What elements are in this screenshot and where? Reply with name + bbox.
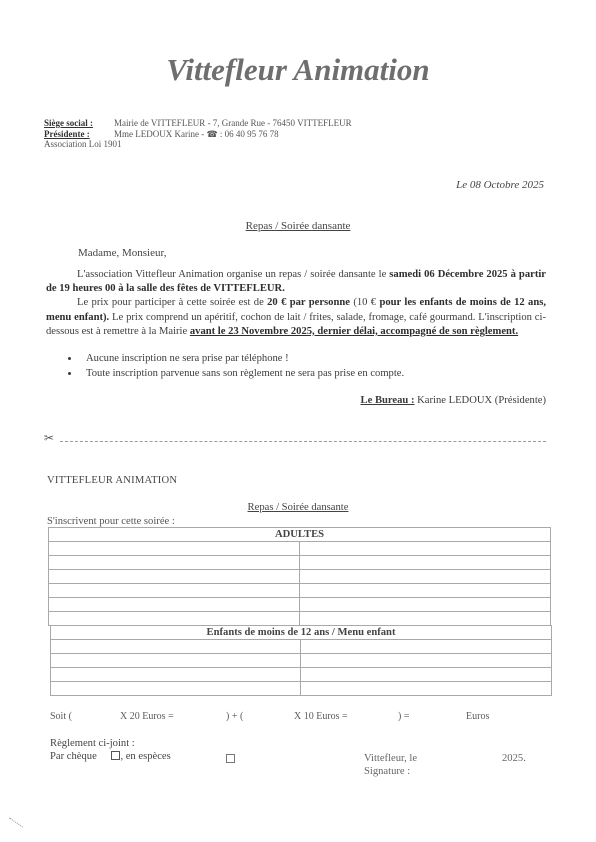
rule-item: Aucune inscription ne sera prise par tél… xyxy=(80,351,404,366)
calc-eq: ) = xyxy=(398,711,409,722)
adult-name-cell[interactable] xyxy=(300,612,551,626)
letterhead: Siège social :Mairie de VITTEFLEUR - 7, … xyxy=(44,118,352,150)
adults-table: ADULTES xyxy=(48,527,551,626)
adult-row xyxy=(49,612,551,626)
child-name-cell[interactable] xyxy=(301,640,552,654)
especes-checkbox[interactable] xyxy=(226,754,235,763)
adult-name-cell[interactable] xyxy=(49,584,300,598)
signature-line: Le Bureau : Karine LEDOUX (Présidente) xyxy=(361,395,546,406)
payment-label: Règlement ci-joint : xyxy=(50,738,135,749)
adults-header: ADULTES xyxy=(49,528,551,542)
letter-body: L'association Vittefleur Animation organ… xyxy=(46,268,546,339)
place-date-label: Vittefleur, le xyxy=(364,753,417,764)
paragraph-price: Le prix pour participer à cette soirée e… xyxy=(46,296,546,339)
kids-table: Enfants de moins de 12 ans / Menu enfant xyxy=(50,625,552,696)
rule-item: Toute inscription parvenue sans son règl… xyxy=(80,366,404,381)
signature-label: Signature : xyxy=(364,766,410,777)
child-name-cell[interactable] xyxy=(51,682,301,696)
adult-name-cell[interactable] xyxy=(49,598,300,612)
cheque-label: Par chèque xyxy=(50,751,97,762)
child-name-cell[interactable] xyxy=(51,668,301,682)
child-name-cell[interactable] xyxy=(301,682,552,696)
child-row xyxy=(51,640,552,654)
scan-mark xyxy=(9,818,23,828)
siege-value: Mairie de VITTEFLEUR - 7, Grande Rue - 7… xyxy=(114,118,352,128)
adult-row xyxy=(49,570,551,584)
adult-name-cell[interactable] xyxy=(49,570,300,584)
payment-options: Par chèque , en espèces xyxy=(50,751,171,762)
salutation: Madame, Monsieur, xyxy=(78,247,166,259)
child-name-cell[interactable] xyxy=(301,668,552,682)
presidente-value: Mme LEDOUX Karine - ☎ : 06 40 95 76 78 xyxy=(114,129,279,139)
presidente-label: Présidente : xyxy=(44,129,114,140)
child-name-cell[interactable] xyxy=(51,654,301,668)
form-intro: S'inscrivent pour cette soirée : xyxy=(47,516,175,527)
adult-name-cell[interactable] xyxy=(300,556,551,570)
association-type: Association Loi 1901 xyxy=(44,139,352,150)
adult-row xyxy=(49,584,551,598)
calc-x20: X 20 Euros = xyxy=(120,711,174,722)
adult-name-cell[interactable] xyxy=(300,542,551,556)
calc-euros: Euros xyxy=(466,711,489,722)
siege-label: Siège social : xyxy=(44,118,114,129)
document-title: Vittefleur Animation xyxy=(0,52,596,88)
adult-name-cell[interactable] xyxy=(49,556,300,570)
year-label: 2025. xyxy=(502,753,526,764)
child-row xyxy=(51,682,552,696)
dashed-divider xyxy=(60,441,546,442)
adult-row xyxy=(49,598,551,612)
child-row xyxy=(51,654,552,668)
child-name-cell[interactable] xyxy=(51,640,301,654)
rules-list: Aucune inscription ne sera prise par tél… xyxy=(60,351,404,381)
adult-name-cell[interactable] xyxy=(300,584,551,598)
child-name-cell[interactable] xyxy=(301,654,552,668)
form-subject: Repas / Soirée dansante xyxy=(0,502,596,513)
letter-date: Le 08 Octobre 2025 xyxy=(456,179,544,191)
adult-row xyxy=(49,542,551,556)
cut-line: ✂ xyxy=(44,433,546,447)
calc-plus: ) + ( xyxy=(226,711,243,722)
adult-name-cell[interactable] xyxy=(300,598,551,612)
calc-x10: X 10 Euros = xyxy=(294,711,348,722)
form-org-name: VITTEFLEUR ANIMATION xyxy=(47,475,177,486)
kids-header: Enfants de moins de 12 ans / Menu enfant xyxy=(51,626,552,640)
adult-row xyxy=(49,556,551,570)
letter-subject: Repas / Soirée dansante xyxy=(0,220,596,232)
adult-name-cell[interactable] xyxy=(49,542,300,556)
calc-soit: Soit ( xyxy=(50,711,72,722)
especes-label: , en espèces xyxy=(120,751,170,762)
scissors-icon: ✂ xyxy=(44,431,54,446)
paragraph-event: L'association Vittefleur Animation organ… xyxy=(46,268,546,296)
child-row xyxy=(51,668,552,682)
adult-name-cell[interactable] xyxy=(49,612,300,626)
adult-name-cell[interactable] xyxy=(300,570,551,584)
